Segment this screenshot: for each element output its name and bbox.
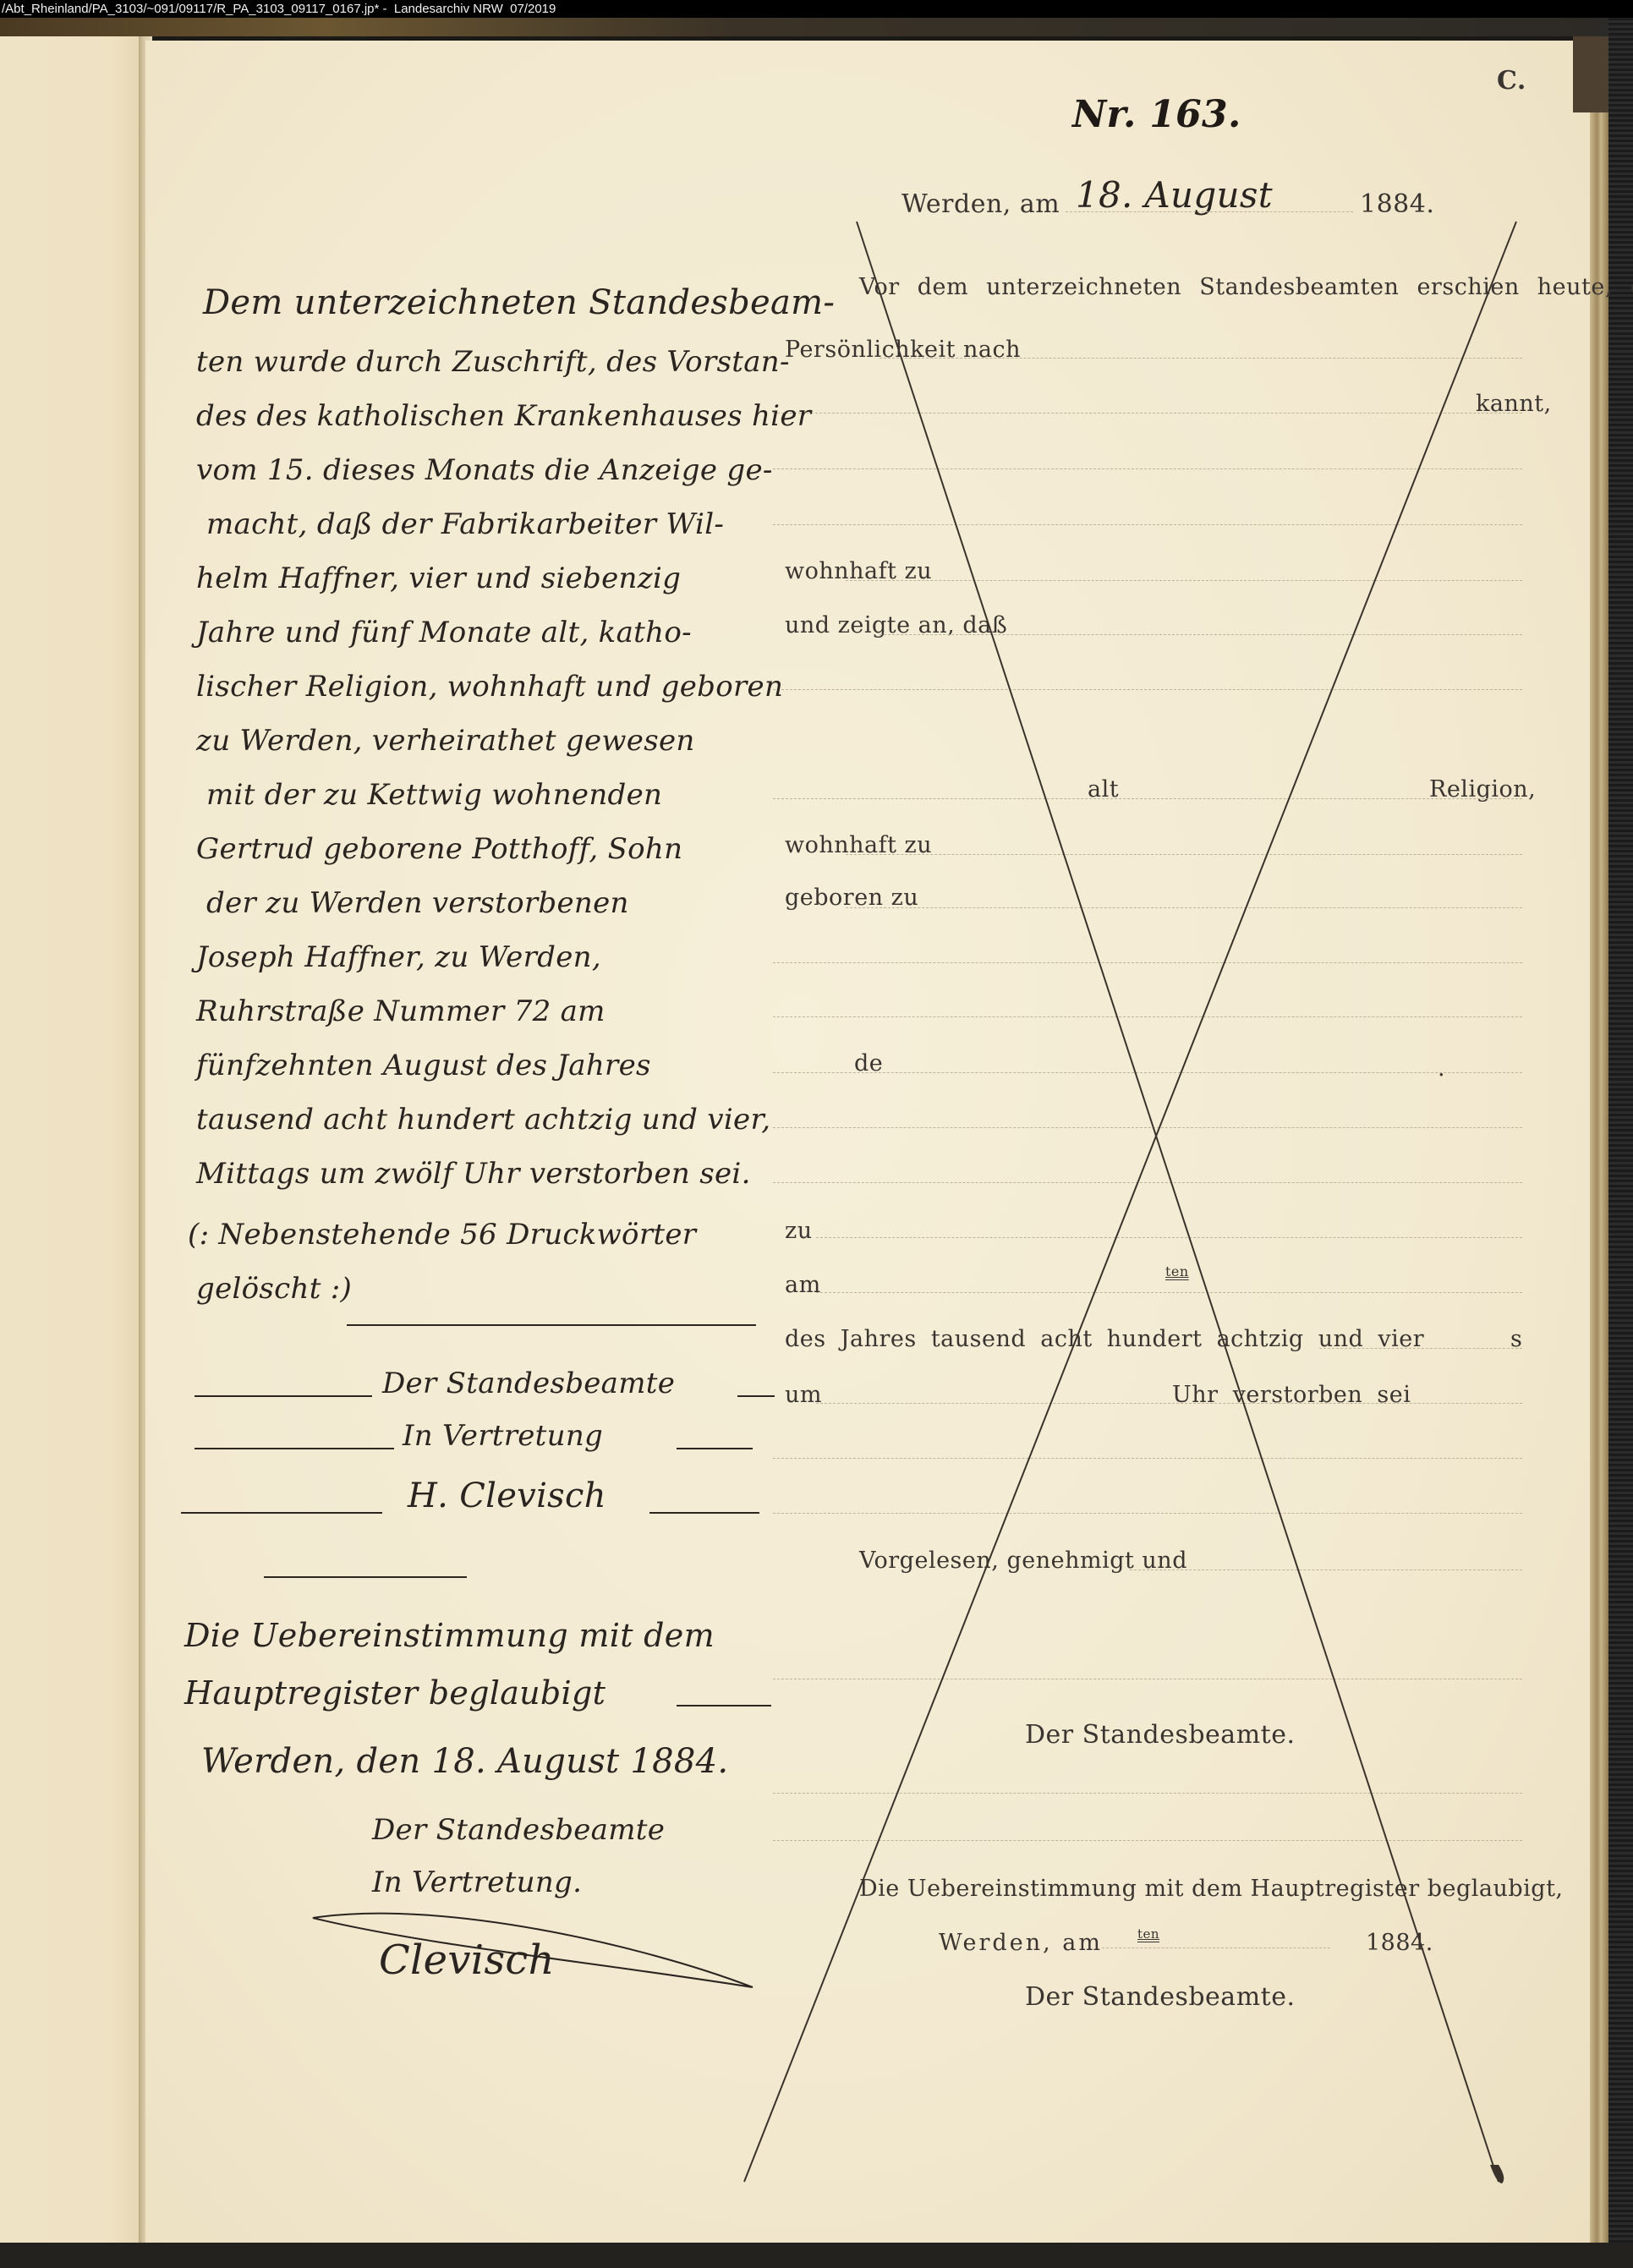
margin-note-line: (: Nebenstehende 56 Druckwörter (188, 1218, 696, 1252)
form-rule (773, 962, 1522, 963)
form-rule (773, 524, 1522, 525)
margin-note-line: der zu Werden verstorbenen (206, 886, 629, 920)
form-um-label: um (785, 1382, 822, 1408)
form-rule (1102, 1948, 1330, 1948)
form-rule (773, 1072, 1522, 1073)
margin-note-line: macht, daß der Fabrikarbeiter Wil- (206, 507, 724, 541)
margin-note-line: lischer Religion, wohnhaft und geboren (196, 670, 783, 704)
form-rule (773, 689, 1522, 690)
margin-note-line: zu Werden, verheirathet gewesen (196, 724, 695, 758)
form-zu-label: zu (785, 1218, 813, 1244)
form-rule (846, 907, 1522, 908)
form-cert-place: Werden, am (939, 1930, 1103, 1956)
cert-rule (677, 1705, 771, 1706)
form-ten-suffix: ten (1165, 1263, 1189, 1279)
form-rule (1319, 1348, 1522, 1349)
cert-place-date: Werden, den 18. August 1884. (201, 1742, 728, 1781)
form-dot: . (1438, 1055, 1445, 1082)
cert-registrar-title: Der Standesbeamte (372, 1813, 665, 1847)
corner-letter: C. (1497, 66, 1526, 96)
left-page (0, 36, 139, 2243)
form-rule (773, 413, 1522, 414)
record-date-handwritten: 18. August (1076, 174, 1273, 216)
form-rule (773, 1127, 1522, 1128)
form-rule (773, 1793, 1522, 1794)
form-died-label: Uhr verstorben sei (1172, 1382, 1411, 1408)
separator-rule (264, 1576, 467, 1578)
form-rule (773, 798, 1522, 799)
form-rule (773, 1840, 1522, 1841)
form-registrar2-title: Der Standesbeamte. (1025, 1982, 1296, 2012)
margin-note-line: fünfzehnten August des Jahres (196, 1049, 651, 1082)
margin-registrar-subtitle: In Vertretung (403, 1419, 603, 1453)
cert-line1: Die Uebereinstimmung mit dem (184, 1617, 715, 1654)
form-registrar-title: Der Standesbeamte. (1025, 1720, 1296, 1750)
margin-note-line: helm Haffner, vier und siebenzig (196, 562, 681, 595)
form-cert-year: 1884. (1366, 1930, 1433, 1956)
margin-note-line: tausend acht hundert achtzig und vier, (196, 1103, 770, 1137)
form-rule (773, 1513, 1522, 1514)
signature-rule (737, 1395, 775, 1397)
form-rule (773, 1182, 1522, 1183)
signature-rule (181, 1512, 382, 1514)
signature-rule (195, 1395, 372, 1397)
form-rule (773, 1016, 1522, 1017)
cert-line2: Hauptregister beglaubigt (184, 1674, 606, 1712)
form-intro: Vor dem unterzeichneten Standesbeamten e… (859, 274, 1633, 300)
form-rule (880, 358, 1522, 359)
record-year: 1884. (1360, 189, 1434, 219)
date-rule (1066, 211, 1353, 212)
book-cover-bottom (0, 2243, 1633, 2268)
book-cover-top (0, 18, 1633, 36)
margin-note-line: ten wurde durch Zuschrift, des Vorstan- (196, 345, 790, 379)
signature-rule (649, 1512, 759, 1514)
form-rule (773, 1458, 1522, 1459)
margin-note-line: Joseph Haffner, zu Werden, (196, 940, 601, 974)
margin-registrar-title: Der Standesbeamte (382, 1367, 675, 1400)
book-binding (1608, 18, 1633, 2268)
form-rule (846, 580, 1522, 581)
form-am-label: am (785, 1272, 821, 1298)
margin-note-line: mit der zu Kettwig wohnenden (206, 778, 662, 812)
margin-registrar-name: H. Clevisch (408, 1476, 606, 1515)
signature-rule (195, 1448, 394, 1449)
margin-note-line: des des katholischen Krankenhauses hier (196, 399, 811, 433)
form-rule (846, 854, 1522, 855)
cert-registrar-subtitle: In Vertretung. (372, 1865, 582, 1899)
margin-note-line: gelöscht :) (196, 1272, 352, 1306)
form-certified-line: Die Uebereinstimmung mit dem Hauptregist… (859, 1876, 1564, 1902)
closing-rule (347, 1324, 756, 1326)
signature-rule (677, 1448, 753, 1449)
margin-note-line: Ruhrstraße Nummer 72 am (196, 994, 606, 1028)
form-cert-ten-suffix: ten (1137, 1926, 1159, 1942)
margin-note-line: Jahre und fünf Monate alt, katho- (196, 616, 692, 649)
form-rule (773, 468, 1522, 469)
place-label: Werden, am (901, 189, 1060, 219)
form-rule (880, 634, 1522, 635)
margin-note-line: Dem unterzeichneten Standesbeam- (203, 283, 835, 322)
margin-note-line: vom 15. dieses Monats die Anzeige ge- (196, 453, 773, 487)
page-stack-edge (1590, 41, 1608, 2244)
form-rule (816, 1237, 1522, 1238)
viewer-title-bar: /Abt_Rheinland/PA_3103/~091/09117/R_PA_3… (0, 0, 1633, 18)
margin-note-line: Gertrud geborene Potthoff, Sohn (196, 832, 682, 866)
form-rule (1130, 1570, 1522, 1570)
record-number: Nr. 163. (1072, 93, 1241, 136)
cover-corner (1573, 36, 1608, 112)
margin-note-line: Mittags um zwölf Uhr verstorben sei. (196, 1157, 751, 1191)
form-rule (816, 1403, 1522, 1404)
cert-signature: Clevisch (379, 1937, 555, 1984)
form-rule (773, 1679, 1522, 1679)
form-rule (816, 1292, 1522, 1293)
form-identity-label: Persönlichkeit nach (785, 337, 1021, 363)
